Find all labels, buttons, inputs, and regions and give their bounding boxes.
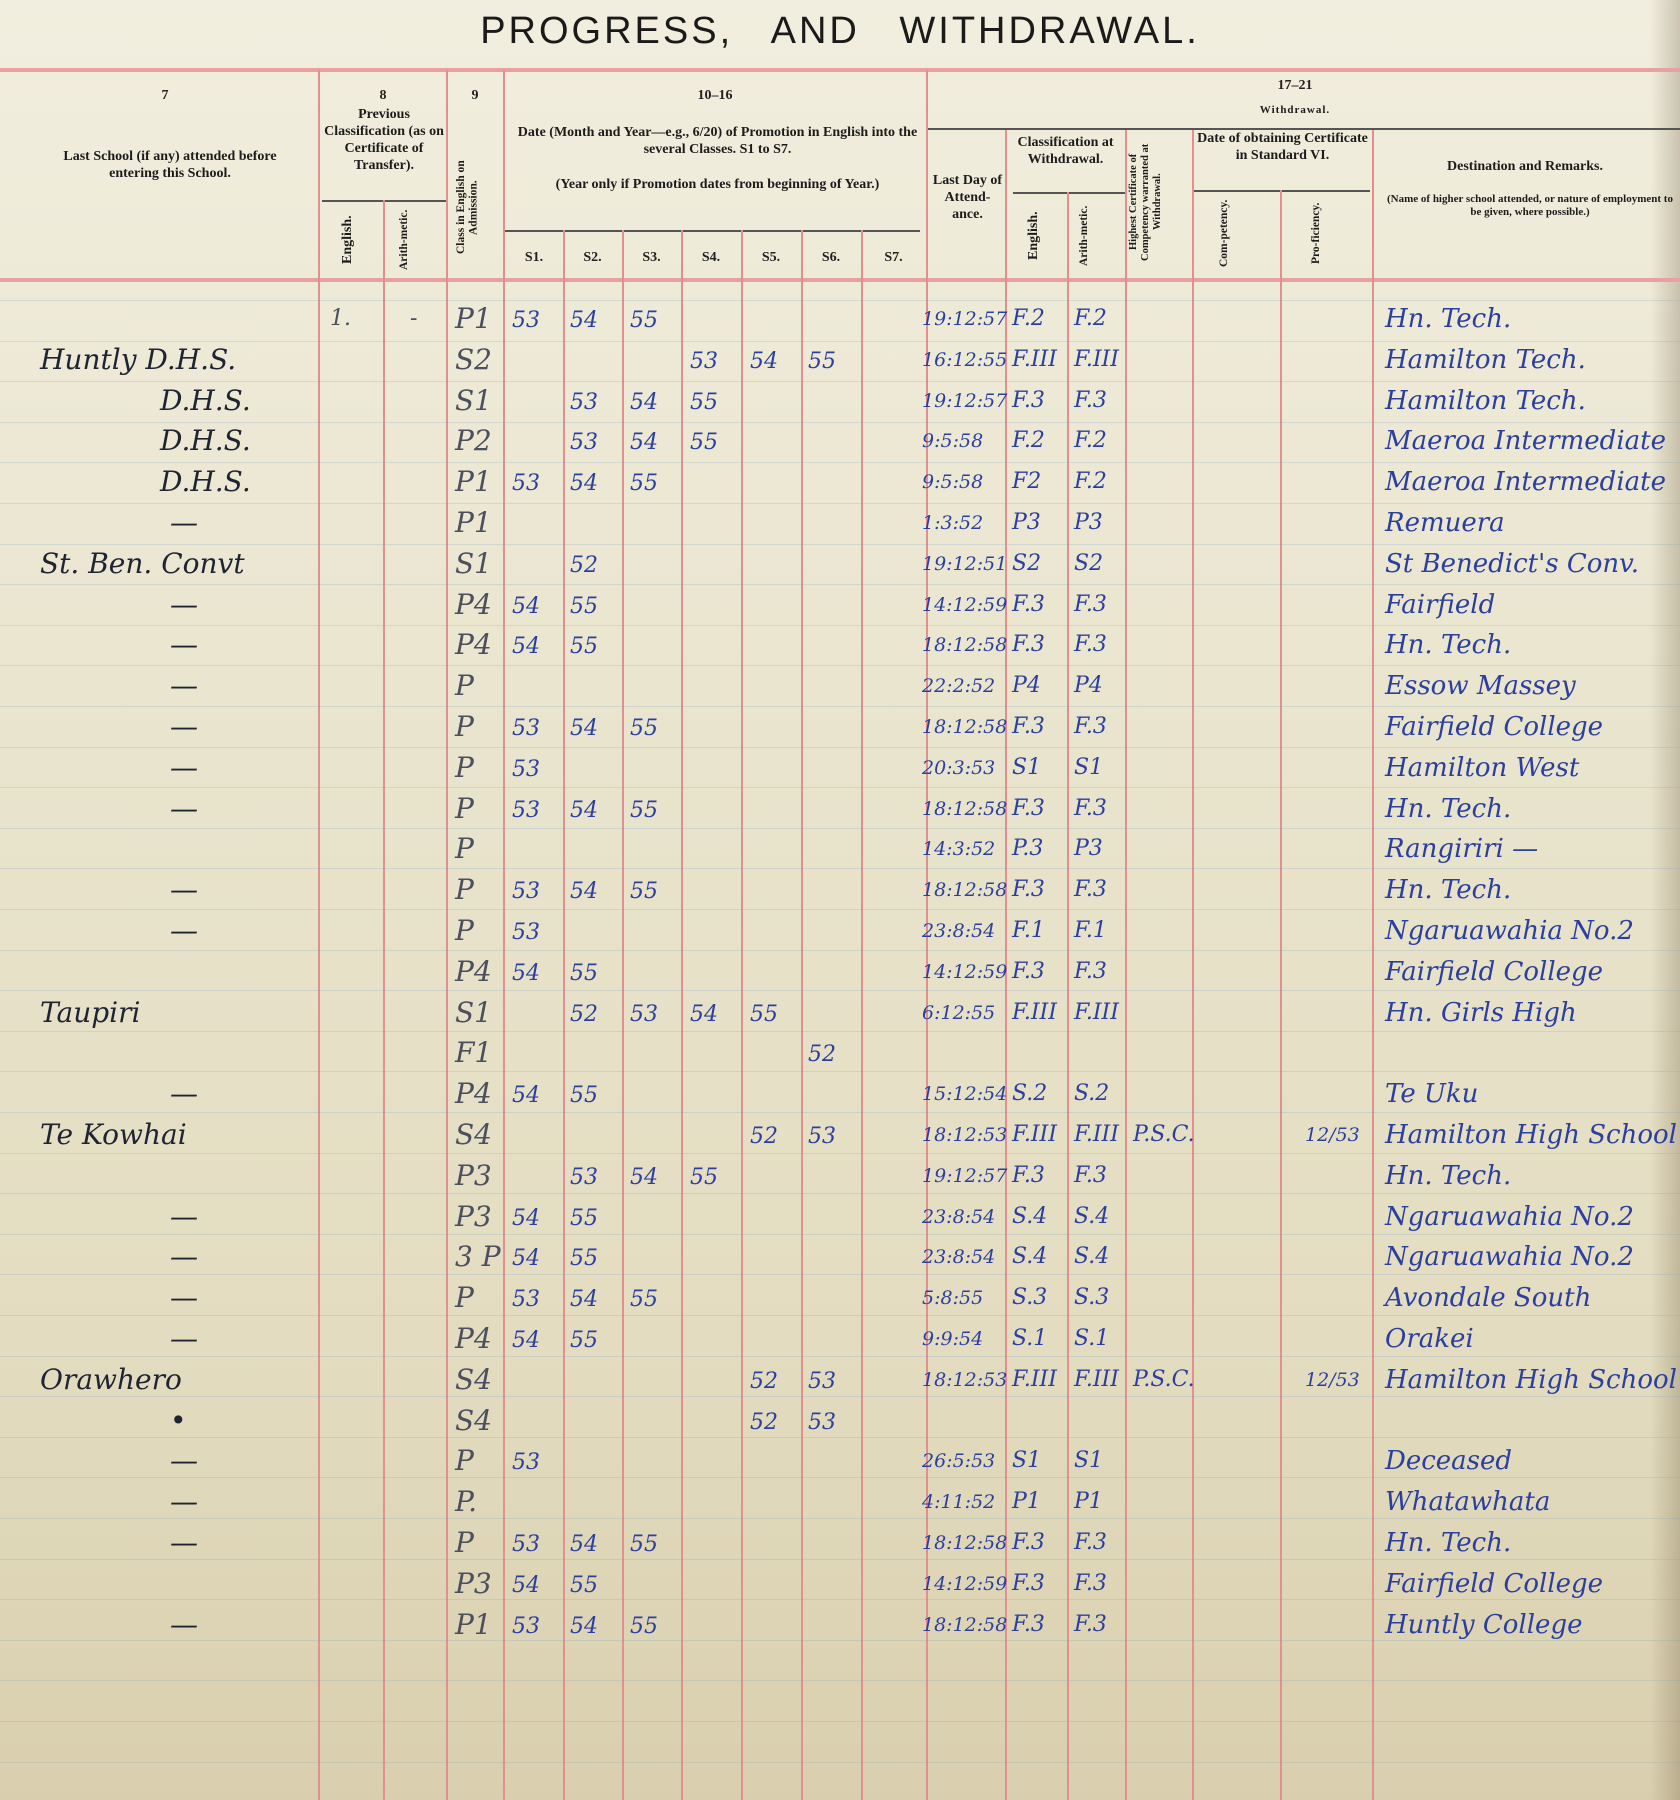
- promotion-s1: 54: [512, 595, 540, 619]
- col-line: [563, 230, 565, 1800]
- col-s3: S3.: [622, 250, 681, 266]
- prev-arithmetic: -: [410, 307, 417, 331]
- class-on-admission: P: [455, 797, 474, 821]
- destination-remarks: Hn. Tech.: [1385, 797, 1511, 821]
- promotion-s1: 54: [512, 1207, 540, 1231]
- destination-remarks: Hn. Tech.: [1385, 307, 1511, 331]
- ruled-line: [0, 1721, 1680, 1722]
- withdrawal-english: F.3: [1012, 1531, 1045, 1555]
- class-on-admission: P1: [455, 1613, 492, 1637]
- ruled-line: [0, 1112, 1680, 1113]
- withdrawal-english: P1: [1012, 1490, 1041, 1514]
- class-on-admission: P4: [455, 1082, 492, 1106]
- col-line: [622, 230, 624, 1800]
- last-day-of-attendance: 16:12:55: [922, 348, 1007, 372]
- withdrawal-english: S.2: [1012, 1082, 1047, 1106]
- class-on-admission: P: [455, 756, 474, 780]
- ruled-line: [0, 1477, 1680, 1478]
- binding-shadow: [1650, 0, 1680, 1800]
- promotion-s3: 54: [630, 1166, 658, 1190]
- promotion-s1: 53: [512, 1451, 540, 1475]
- ruled-line: [0, 828, 1680, 829]
- prev-english: 1.: [330, 307, 351, 331]
- last-day-of-attendance: 18:12:58: [922, 878, 1007, 902]
- promotion-s3: 53: [630, 1003, 658, 1027]
- promotion-s5: 52: [750, 1125, 778, 1149]
- withdrawal-english: S.4: [1012, 1245, 1047, 1269]
- promotion-s2: 55: [570, 962, 598, 986]
- promotion-s2: 52: [570, 1003, 598, 1027]
- class-on-admission: P1: [455, 511, 492, 535]
- withdrawal-english: F.3: [1012, 389, 1045, 413]
- last-day-of-attendance: 15:12:54: [922, 1082, 1007, 1106]
- last-school: —: [170, 715, 198, 739]
- destination-remarks: Maeroa Intermediate: [1385, 429, 1666, 453]
- ruled-line: [0, 381, 1680, 382]
- destination-remarks: Hn. Tech.: [1385, 1164, 1511, 1188]
- withdrawal-arithmetic: P3: [1074, 837, 1103, 861]
- withdrawal-english: F.1: [1012, 919, 1045, 943]
- last-day-of-attendance: 14:12:59: [922, 593, 1007, 617]
- promotion-s4: 54: [690, 1003, 718, 1027]
- class-on-admission: P: [455, 1531, 474, 1555]
- ruled-line: [0, 544, 1680, 545]
- last-school: —: [170, 1082, 198, 1106]
- last-school: St. Ben. Convt: [40, 552, 245, 576]
- promotion-s6: 55: [808, 350, 836, 374]
- class-on-admission: P3: [455, 1572, 492, 1596]
- std6-proficiency: 12/53: [1305, 1368, 1360, 1392]
- ruled-line: [0, 341, 1680, 342]
- destination-remarks: Fairfield College: [1385, 1572, 1603, 1596]
- highest-certificate: P.S.C.: [1133, 1123, 1195, 1147]
- promotion-s2: 55: [570, 1207, 598, 1231]
- promotion-s2: 54: [570, 1615, 598, 1639]
- class-on-admission: S2: [455, 348, 492, 372]
- ruled-line: [0, 1680, 1680, 1681]
- promotion-s5: 55: [750, 1003, 778, 1027]
- last-day-of-attendance: 18:12:58: [922, 715, 1007, 739]
- proficiency-label: Pro-ficiency.: [1310, 196, 1346, 271]
- withdrawal-arithmetic: F.3: [1074, 633, 1107, 657]
- withdrawal-arithmetic: F.3: [1074, 1164, 1107, 1188]
- col-line: [318, 70, 320, 1800]
- promotion-s2: 55: [570, 1574, 598, 1598]
- ruled-line: [0, 1153, 1680, 1154]
- col-s1: S1.: [505, 250, 563, 266]
- withdrawal-english: S.1: [1012, 1327, 1047, 1351]
- withdrawal-english: P.3: [1012, 837, 1043, 861]
- last-school: D.H.S.: [160, 389, 251, 413]
- promotion-s2: 54: [570, 880, 598, 904]
- last-school: —: [170, 1613, 198, 1637]
- withdrawal-english: F.3: [1012, 878, 1045, 902]
- last-school: D.H.S.: [160, 429, 251, 453]
- withdrawal-english: F2: [1012, 470, 1041, 494]
- col8-label: Previous Classification (as on Certifica…: [322, 106, 446, 174]
- class-on-admission: P1: [455, 307, 492, 331]
- withdrawal-arithmetic: S2: [1074, 552, 1103, 576]
- last-day-of-attendance: 14:12:59: [922, 960, 1007, 984]
- withdrawal-arithmetic: S.4: [1074, 1245, 1109, 1269]
- withdrawal-arithmetic: F.3: [1074, 715, 1107, 739]
- withdrawal-english: F.3: [1012, 1164, 1045, 1188]
- withdrawal-english: P3: [1012, 511, 1041, 535]
- promotion-s5: 52: [750, 1370, 778, 1394]
- last-school: —: [170, 633, 198, 657]
- promotion-s3: 55: [630, 1615, 658, 1639]
- last-day-of-attendance: 9:5:58: [922, 470, 983, 494]
- destination-remarks: Ngaruawahia No.2: [1385, 919, 1634, 943]
- withdrawal-arithmetic: F.3: [1074, 960, 1107, 984]
- withdrawal-arithmetic: F.3: [1074, 1531, 1107, 1555]
- promotion-s1: 53: [512, 472, 540, 496]
- promotion-s6: 53: [808, 1370, 836, 1394]
- ruled-line: [0, 1315, 1680, 1316]
- class-on-admission: P4: [455, 633, 492, 657]
- col-s5: S5.: [741, 250, 801, 266]
- class-on-admission: P: [455, 1286, 474, 1310]
- last-school: —: [170, 674, 198, 698]
- destination-remarks: Huntly College: [1385, 1613, 1582, 1637]
- withdrawal-english: F.3: [1012, 593, 1045, 617]
- last-day-of-attendance: 26:5:53: [922, 1449, 995, 1473]
- ruled-line: [0, 706, 1680, 707]
- destination-remarks: Fairfield College: [1385, 715, 1603, 739]
- last-school: —: [170, 756, 198, 780]
- last-school: Taupiri: [40, 1001, 140, 1025]
- ruled-line: [0, 1396, 1680, 1397]
- withdrawal-label: Withdrawal.: [1220, 104, 1370, 117]
- class-on-admission: S4: [455, 1123, 492, 1147]
- col-s2: S2.: [563, 250, 622, 266]
- col-line: [503, 70, 505, 1800]
- ruled-line: [0, 1640, 1680, 1641]
- promotion-s2: 55: [570, 1247, 598, 1271]
- last-school: —: [170, 511, 198, 535]
- ruled-line: [0, 1437, 1680, 1438]
- destination-remarks: Te Uku: [1385, 1082, 1478, 1106]
- promotion-s1: 54: [512, 1329, 540, 1353]
- withdrawal-arithmetic: S1: [1074, 756, 1103, 780]
- promotion-s6: 53: [808, 1125, 836, 1149]
- withdrawal-english: S.3: [1012, 1286, 1047, 1310]
- col10-sub-rule: [505, 230, 920, 232]
- withdrawal-arithmetic: F.3: [1074, 878, 1107, 902]
- destination-remarks: Hamilton West: [1385, 756, 1579, 780]
- col8-number: 8: [368, 88, 398, 104]
- class-on-admission: P3: [455, 1164, 492, 1188]
- last-school: —: [170, 797, 198, 821]
- class-on-admission: S4: [455, 1368, 492, 1392]
- promotion-s3: 55: [630, 880, 658, 904]
- withdrawal-arithmetic: F.2: [1074, 307, 1107, 331]
- promotion-s6: 53: [808, 1411, 836, 1435]
- withdrawal-arithmetic: S.1: [1074, 1327, 1109, 1351]
- highest-certificate: P.S.C.: [1133, 1368, 1195, 1392]
- top-rule: [0, 68, 1680, 72]
- withdrawal-arithmetic: S.3: [1074, 1286, 1109, 1310]
- last-day-of-attendance: 19:12:57: [922, 1164, 1007, 1188]
- promotion-s1: 53: [512, 880, 540, 904]
- withdrawal-arithmetic: P1: [1074, 1490, 1103, 1514]
- withdrawal-english: F.III: [1012, 1368, 1057, 1392]
- destination-remarks: Hamilton High School: [1385, 1123, 1677, 1147]
- promotion-s1: 54: [512, 1247, 540, 1271]
- withdrawal-arithmetic: P3: [1074, 511, 1103, 535]
- promotion-s3: 55: [630, 1533, 658, 1557]
- promotion-s1: 53: [512, 1288, 540, 1312]
- promotion-s1: 53: [512, 799, 540, 823]
- ruled-line: [0, 1518, 1680, 1519]
- promotion-s2: 54: [570, 717, 598, 741]
- promotion-s2: 53: [570, 1166, 598, 1190]
- wd-english-label: English.: [1026, 200, 1052, 272]
- col17-21-number: 17–21: [1260, 78, 1330, 94]
- withdrawal-arithmetic: S.2: [1074, 1082, 1109, 1106]
- last-school: Te Kowhai: [40, 1123, 187, 1147]
- withdrawal-english: F.2: [1012, 429, 1045, 453]
- class-on-admission: 3 P: [455, 1245, 501, 1269]
- class-on-admission: S1: [455, 552, 492, 576]
- ruled-line: [0, 625, 1680, 626]
- ledger-page: PROGRESS, AND WITHDRAWAL. 7 Last School …: [0, 0, 1680, 1800]
- col-line: [741, 230, 743, 1800]
- promotion-s2: 54: [570, 472, 598, 496]
- promotion-s4: 55: [690, 1166, 718, 1190]
- class-on-admission: S4: [455, 1409, 492, 1433]
- promotion-s1: 53: [512, 717, 540, 741]
- promotion-s5: 52: [750, 1411, 778, 1435]
- last-day-of-attendance: 4:11:52: [922, 1490, 995, 1514]
- destination-remarks: Fairfield: [1385, 593, 1495, 617]
- class-on-admission: P.: [455, 1490, 477, 1514]
- promotion-s3: 55: [630, 472, 658, 496]
- destination-remarks: Hamilton Tech.: [1385, 348, 1586, 372]
- last-day-of-attendance: 14:3:52: [922, 837, 995, 861]
- last-day-of-attendance: 14:12:59: [922, 1572, 1007, 1596]
- promotion-s1: 54: [512, 1574, 540, 1598]
- withdrawal-arithmetic: F.3: [1074, 593, 1107, 617]
- last-school: Huntly D.H.S.: [40, 348, 236, 372]
- withdrawal-english: F.3: [1012, 1613, 1045, 1637]
- last-school: —: [170, 1205, 198, 1229]
- class-on-admission: P: [455, 878, 474, 902]
- col-s7: S7.: [861, 250, 926, 266]
- last-school: —: [170, 1531, 198, 1555]
- promotion-s5: 54: [750, 350, 778, 374]
- col7-number: 7: [150, 88, 180, 104]
- withdrawal-arithmetic: S1: [1074, 1449, 1103, 1473]
- ruled-line: [0, 1356, 1680, 1357]
- promotion-s2: 55: [570, 1084, 598, 1108]
- promotion-s1: 54: [512, 962, 540, 986]
- last-day-of-attendance: 1:3:52: [922, 511, 983, 535]
- promotion-s1: 53: [512, 921, 540, 945]
- last-school: •: [170, 1409, 187, 1433]
- page-title: PROGRESS, AND WITHDRAWAL.: [0, 10, 1680, 53]
- promotion-s2: 52: [570, 554, 598, 578]
- promotion-s3: 55: [630, 799, 658, 823]
- destination-remarks: Ngaruawahia No.2: [1385, 1245, 1634, 1269]
- last-school: —: [170, 1449, 198, 1473]
- withdrawal-english: S1: [1012, 1449, 1041, 1473]
- withdrawal-arithmetic: F.III: [1074, 1123, 1119, 1147]
- promotion-s3: 55: [630, 309, 658, 333]
- last-school: —: [170, 878, 198, 902]
- last-school: —: [170, 1490, 198, 1514]
- destination-remarks: Hn. Tech.: [1385, 1531, 1511, 1555]
- withdrawal-english: F.III: [1012, 1001, 1057, 1025]
- withdrawal-english: F.3: [1012, 633, 1045, 657]
- withdrawal-arithmetic: F.3: [1074, 1572, 1107, 1596]
- withdrawal-english: F.3: [1012, 960, 1045, 984]
- competency-label: Com-petency.: [1218, 196, 1254, 271]
- destination-remarks: Essow Massey: [1385, 674, 1576, 698]
- col-line: [801, 230, 803, 1800]
- ruled-line: [0, 1559, 1680, 1560]
- destination-label: Destination and Remarks.: [1380, 158, 1670, 175]
- col9-number: 9: [460, 88, 490, 104]
- class-on-admission: S1: [455, 389, 492, 413]
- last-school: D.H.S.: [160, 470, 251, 494]
- ruled-line: [0, 1762, 1680, 1763]
- last-day-of-attendance: 18:12:58: [922, 797, 1007, 821]
- ruled-line: [0, 422, 1680, 423]
- promotion-s3: 55: [630, 717, 658, 741]
- ruled-line: [0, 1031, 1680, 1032]
- col7-label: Last School (if any) attended before ent…: [60, 148, 280, 182]
- promotion-s4: 55: [690, 391, 718, 415]
- ruled-line: [0, 909, 1680, 910]
- ruled-line: [0, 503, 1680, 504]
- ruled-line: [0, 990, 1680, 991]
- promotion-s6: 52: [808, 1043, 836, 1067]
- withdrawal-arithmetic: S.4: [1074, 1205, 1109, 1229]
- withdrawal-arithmetic: F.1: [1074, 919, 1107, 943]
- col-s6: S6.: [801, 250, 861, 266]
- withdrawal-english: F.2: [1012, 307, 1045, 331]
- col8-arithmetic: Arith-metic.: [398, 205, 432, 275]
- destination-remarks: Hamilton Tech.: [1385, 389, 1586, 413]
- withdrawal-english: F.3: [1012, 1572, 1045, 1596]
- destination-remarks: Remuera: [1385, 511, 1505, 535]
- last-day-of-attendance: 9:9:54: [922, 1327, 983, 1351]
- destination-remarks: Rangiriri —: [1385, 837, 1538, 861]
- withdrawal-arithmetic: F.2: [1074, 470, 1107, 494]
- promotion-s2: 55: [570, 635, 598, 659]
- col-line: [861, 230, 863, 1800]
- class-on-admission: P: [455, 715, 474, 739]
- withdrawal-arithmetic: F.3: [1074, 797, 1107, 821]
- promotion-s1: 53: [512, 1615, 540, 1639]
- promotion-s1: 54: [512, 635, 540, 659]
- withdrawal-english: P4: [1012, 674, 1041, 698]
- promotion-s2: 54: [570, 309, 598, 333]
- ruled-line: [0, 950, 1680, 951]
- destination-remarks: Hn. Tech.: [1385, 633, 1511, 657]
- class-on-admission: P4: [455, 960, 492, 984]
- class-on-admission: P4: [455, 593, 492, 617]
- promotion-s1: 53: [512, 1533, 540, 1557]
- class-on-admission: P: [455, 919, 474, 943]
- ruled-line: [0, 584, 1680, 585]
- destination-remarks: Hn. Tech.: [1385, 878, 1511, 902]
- destination-remarks: Hn. Girls High: [1385, 1001, 1577, 1025]
- class-on-admission: P: [455, 837, 474, 861]
- last-day-of-attendance: 6:12:55: [922, 1001, 995, 1025]
- last-school: Orawhero: [40, 1368, 182, 1392]
- last-school: —: [170, 1245, 198, 1269]
- destination-note: (Name of higher school attended, or natu…: [1385, 193, 1675, 219]
- withdrawal-english: F.III: [1012, 1123, 1057, 1147]
- last-day-of-attendance: 19:12:57: [922, 389, 1007, 413]
- class-on-admission: P3: [455, 1205, 492, 1229]
- destination-remarks: St Benedict's Conv.: [1385, 552, 1639, 576]
- promotion-s2: 53: [570, 431, 598, 455]
- class-wd-sub-rule: [1013, 192, 1125, 194]
- promotion-s4: 55: [690, 431, 718, 455]
- last-day-of-attendance: 23:8:54: [922, 1205, 995, 1229]
- last-day-of-attendance: 19:12:57: [922, 307, 1007, 331]
- promotion-s2: 54: [570, 1288, 598, 1312]
- promotion-s2: 53: [570, 391, 598, 415]
- classification-wd-label: Classification at Withdrawal.: [1008, 134, 1123, 168]
- ruled-line: [0, 1599, 1680, 1600]
- destination-remarks: Avondale South: [1385, 1286, 1591, 1310]
- header-bottom-rule: [0, 278, 1680, 282]
- withdrawal-arithmetic: F.III: [1074, 1001, 1119, 1025]
- last-day-of-attendance: 22:2:52: [922, 674, 995, 698]
- destination-remarks: Deceased: [1385, 1449, 1512, 1473]
- destination-remarks: Ngaruawahia No.2: [1385, 1205, 1634, 1229]
- promotion-s1: 53: [512, 758, 540, 782]
- promotion-s4: 53: [690, 350, 718, 374]
- promotion-s3: 54: [630, 391, 658, 415]
- ruled-line: [0, 747, 1680, 748]
- class-on-admission: P: [455, 674, 474, 698]
- promotion-s2: 54: [570, 1533, 598, 1557]
- last-day-label: Last Day of Attend-ance.: [930, 172, 1005, 223]
- last-day-of-attendance: 9:5:58: [922, 429, 983, 453]
- last-day-of-attendance: 23:8:54: [922, 919, 995, 943]
- withdrawal-english: F.3: [1012, 797, 1045, 821]
- ruled-line: [0, 1234, 1680, 1235]
- destination-remarks: Maeroa Intermediate: [1385, 470, 1666, 494]
- last-day-of-attendance: 18:12:58: [922, 1531, 1007, 1555]
- col10-16-note: (Year only if Promotion dates from begin…: [515, 176, 920, 193]
- last-school: —: [170, 1286, 198, 1310]
- destination-remarks: Whatawhata: [1385, 1490, 1550, 1514]
- last-day-of-attendance: 5:8:55: [922, 1286, 983, 1310]
- last-day-of-attendance: 20:3:53: [922, 756, 995, 780]
- wd-arithmetic-label: Arith-metic.: [1078, 200, 1112, 272]
- last-school: —: [170, 593, 198, 617]
- ruled-line: [0, 1071, 1680, 1072]
- destination-remarks: Fairfield College: [1385, 960, 1603, 984]
- last-school: —: [170, 919, 198, 943]
- ruled-line: [0, 300, 1680, 301]
- col-line: [383, 200, 385, 1800]
- withdrawal-arithmetic: F.2: [1074, 429, 1107, 453]
- class-on-admission: S1: [455, 1001, 492, 1025]
- col8-english: English.: [340, 205, 366, 275]
- highest-cert-label: Highest Certificate of Competency warran…: [1128, 132, 1190, 272]
- withdrawal-english: F.III: [1012, 348, 1057, 372]
- last-day-of-attendance: 18:12:58: [922, 633, 1007, 657]
- ruled-line: [0, 665, 1680, 666]
- col-line: [681, 230, 683, 1800]
